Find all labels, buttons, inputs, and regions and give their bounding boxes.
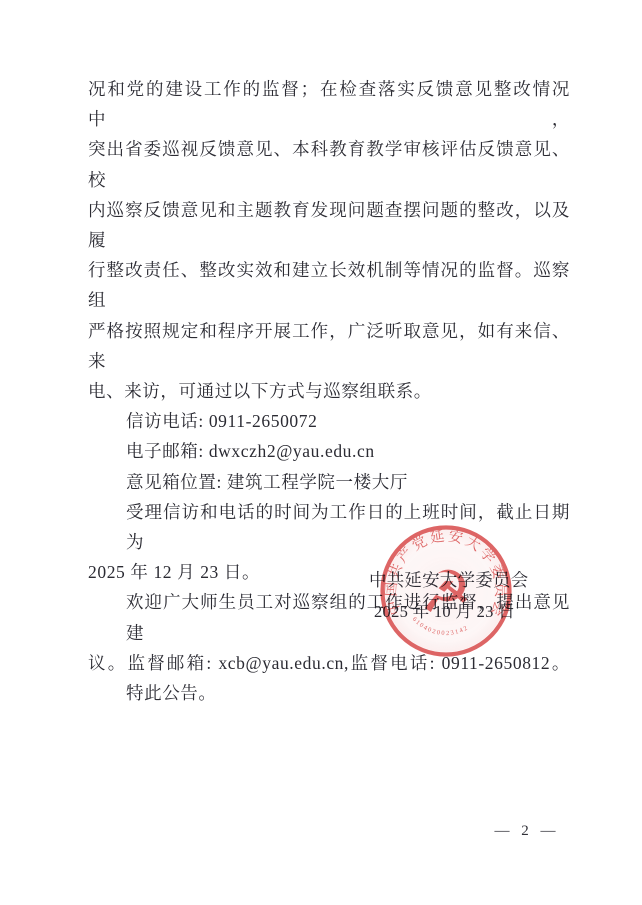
body-line: 行整改责任、整改实效和建立长效机制等情况的监督。巡察组 [88,255,570,315]
body-line: 严格按照规定和程序开展工作，广泛听取意见，如有来信、来 [88,316,570,376]
page-number: — 2 — [440,823,610,840]
body-line: 电、来访，可通过以下方式与巡察组联系。 [88,376,570,406]
body-line-closing: 特此公告。 [88,678,570,708]
body-line: 内巡察反馈意见和主题教育发现问题查摆问题的整改，以及履 [88,195,570,255]
document-page: 况和党的建设工作的监督；在检查落实反馈意见整改情况中， 突出省委巡视反馈意见、本… [0,0,642,905]
body-line-petition-phone: 信访电话: 0911-2650072 [88,406,570,436]
body-line-email: 电子邮箱: dwxczh2@yau.edu.cn [88,436,570,466]
official-seal: 中国共产党延安大学委员会 ☭ 6104020023142 [379,524,513,658]
seal-graphic: 中国共产党延安大学委员会 ☭ 6104020023142 [379,524,513,658]
body-line-mailbox-location: 意见箱位置: 建筑工程学院一楼大厅 [88,467,570,497]
body-line: 况和党的建设工作的监督；在检查落实反馈意见整改情况中， [88,74,570,134]
hammer-sickle-icon: ☭ [420,558,472,626]
body-line: 突出省委巡视反馈意见、本科教育教学审核评估反馈意见、校 [88,134,570,194]
